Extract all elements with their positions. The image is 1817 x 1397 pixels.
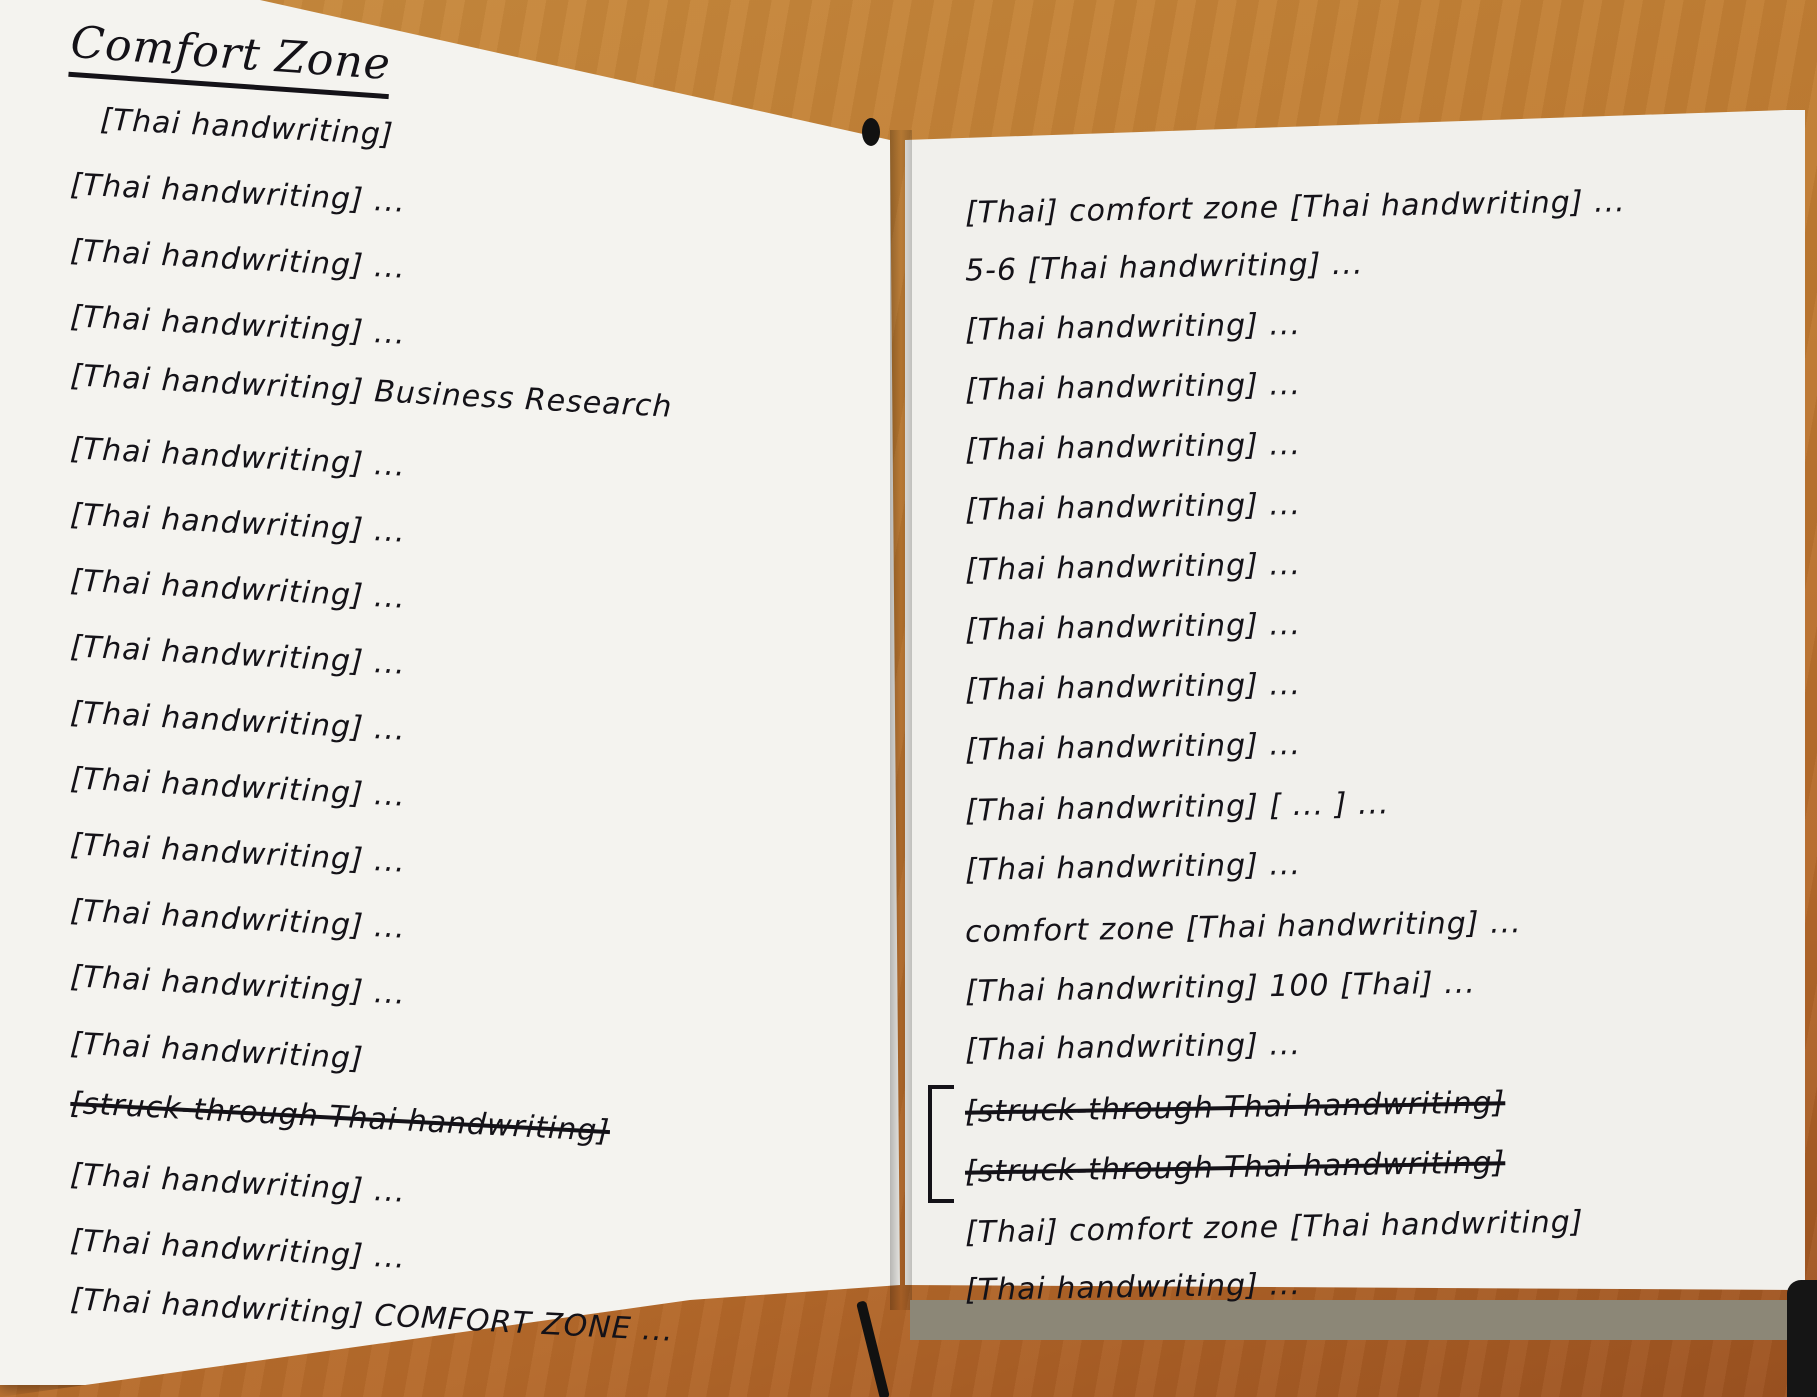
right-handwritten-line: [Thai handwriting] ... — [965, 667, 1302, 708]
bookmark-tab — [862, 118, 880, 146]
notebook-spine — [890, 130, 912, 1310]
right-handwritten-line: [Thai handwriting] ... — [965, 1027, 1302, 1068]
right-notebook-page — [905, 110, 1805, 1310]
right-handwritten-line: [Thai handwriting] ... — [965, 427, 1302, 468]
margin-bracket — [928, 1085, 954, 1203]
right-handwritten-line: [Thai handwriting] ... — [965, 847, 1302, 888]
right-handwritten-line: [Thai handwriting] ... — [965, 367, 1302, 408]
right-handwritten-line: [Thai handwriting] ... — [965, 607, 1302, 648]
right-handwritten-line: [Thai handwriting] ... — [965, 487, 1302, 528]
right-handwritten-line: [Thai handwriting] ... — [965, 727, 1302, 768]
right-handwritten-line: [Thai handwriting] ... — [965, 547, 1302, 588]
right-handwritten-line: [Thai handwriting] [ ... ] ... — [965, 786, 1390, 828]
right-handwritten-line: 5-6 [Thai handwriting] ... — [965, 247, 1364, 289]
right-handwritten-line: [Thai handwriting] ... — [965, 307, 1302, 348]
binder-clip — [1787, 1280, 1817, 1397]
right-handwritten-line: [Thai handwriting] ... — [965, 1267, 1302, 1308]
